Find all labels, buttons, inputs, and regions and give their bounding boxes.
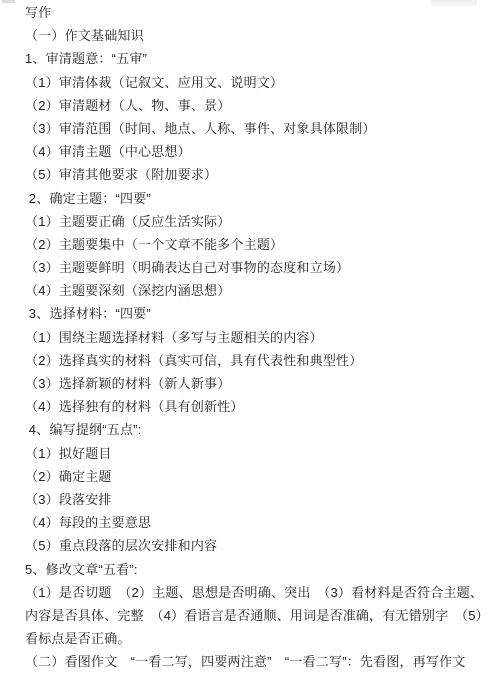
text-line-20: （1）拟好题目 [25, 442, 486, 465]
text-line-19: 4、编写提纲“五点”: [25, 418, 486, 441]
text-line-7: （4）审清主题（中心思想） [25, 140, 486, 163]
text-line-12: （3）主题要鲜明（明确表达自己对事物的态度和立场） [25, 256, 486, 279]
document-page: { "page": { "background": "#ffffff", "te… [0, 0, 492, 689]
text-line-14: 3、选择材料：“四要” [25, 302, 486, 325]
text-line-6: （3）审清范围（时间、地点、人称、事件、对象具体限制） [25, 117, 486, 140]
text-line-13: （4）主题要深刻（深挖内涵思想） [25, 279, 486, 302]
top-left-edge-artifact [2, 0, 15, 3]
text-line-2: （一）作文基础知识 [25, 24, 486, 47]
text-line-11: （2）主题要集中（一个文章不能多个主题） [25, 233, 486, 256]
text-line-28: 看标点是否正确。 [25, 627, 486, 650]
text-line-5: （2）审清题材（人、物、事、景） [25, 94, 486, 117]
text-line-3: 1、审清题意：“五审” [25, 47, 486, 70]
text-line-24: （5）重点段落的层次安排和内容 [25, 534, 486, 557]
text-line-10: （1）主题要正确（反应生活实际） [25, 210, 486, 233]
text-line-27: 内容是否具体、完整 （4）看语言是否通顺、用词是否准确，有无错别字 （5） [25, 604, 486, 627]
text-line-25: 5、修改文章“五看”: [25, 558, 486, 581]
text-line-23: （4）每段的主要意思 [25, 511, 486, 534]
text-line-29: （二）看图作文 “一看二写，四要两注意” “一看二写”：先看图，再写作文 [25, 650, 486, 673]
text-line-17: （3）选择新颖的材料（新人新事） [25, 372, 486, 395]
text-line-22: （3）段落安排 [25, 488, 486, 511]
doc-title: 写作 [25, 1, 486, 24]
text-line-9: 2、确定主题：“四要” [25, 187, 486, 210]
text-line-16: （2）选择真实的材料（真实可信，具有代表性和典型性） [25, 349, 486, 372]
text-line-26: （1）是否切题 （2）主题、思想是否明确、突出 （3）看材料是否符合主题、 [25, 581, 486, 604]
text-line-21: （2）确定主题 [25, 465, 486, 488]
text-line-15: （1）围绕主题选择材料（多写与主题相关的内容） [25, 326, 486, 349]
text-line-8: （5）审清其他要求（附加要求） [25, 163, 486, 186]
text-line-18: （4）选择独有的材料（具有创新性） [25, 395, 486, 418]
text-line-4: （1）审清体裁（记叙文、应用文、说明文） [25, 71, 486, 94]
document-body: 写作（一）作文基础知识1、审清题意：“五审”（1）审清体裁（记叙文、应用文、说明… [25, 1, 486, 673]
